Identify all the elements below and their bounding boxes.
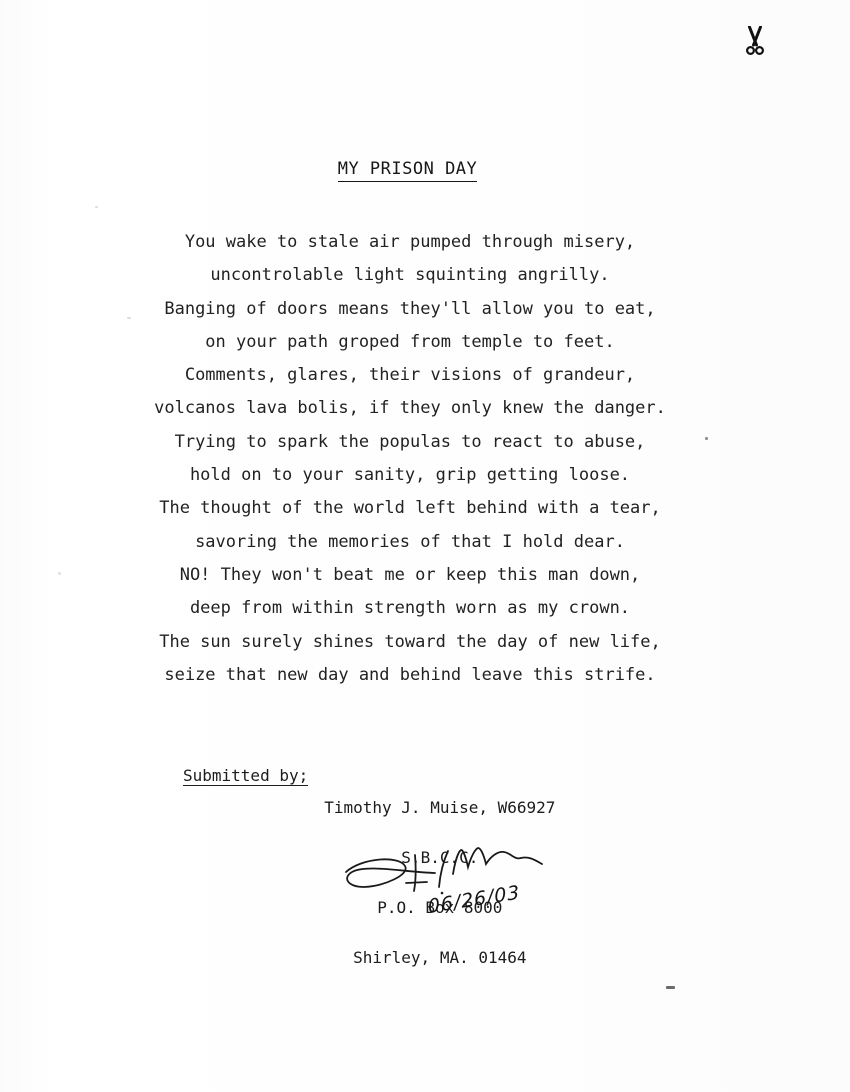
poem-line: on your path groped from temple to feet. [0, 326, 820, 359]
poem-line: deep from within strength worn as my cro… [0, 592, 820, 625]
scanned-document-page: MY PRISON DAY You wake to stale air pump… [0, 0, 850, 1092]
poem-line: savoring the memories of that I hold dea… [0, 526, 820, 559]
poem-line: The sun surely shines toward the day of … [0, 626, 820, 659]
scan-artifact-speck [58, 572, 61, 575]
poem-line: uncontrolable light squinting angrilly. [0, 259, 820, 292]
title-row: MY PRISON DAY [0, 159, 815, 182]
scissors-icon [744, 26, 766, 58]
poem-line: Banging of doors means they'll allow you… [0, 293, 820, 326]
scan-artifact-dot [705, 437, 708, 440]
submitter-city: Shirley, MA. 01464 [324, 950, 555, 967]
poem-body: You wake to stale air pumped through mis… [0, 226, 820, 692]
poem-line: You wake to stale air pumped through mis… [0, 226, 820, 259]
scan-artifact-dash [666, 986, 675, 989]
scan-artifact-speck [127, 317, 131, 319]
poem-line: The thought of the world left behind wit… [0, 492, 820, 525]
poem-line: NO! They won't beat me or keep this man … [0, 559, 820, 592]
poem-line: seize that new day and behind leave this… [0, 659, 820, 692]
submitter-name: Timothy J. Muise, W66927 [324, 800, 555, 817]
poem-line: hold on to your sanity, grip getting loo… [0, 459, 820, 492]
submitted-by-label: Submitted by; [183, 767, 308, 786]
poem-line: volcanos lava bolis, if they only knew t… [0, 392, 820, 425]
page-title: MY PRISON DAY [338, 159, 478, 182]
scan-artifact-speck [95, 206, 98, 208]
poem-line: Trying to spark the populas to react to … [0, 426, 820, 459]
poem-line: Comments, glares, their visions of grand… [0, 359, 820, 392]
